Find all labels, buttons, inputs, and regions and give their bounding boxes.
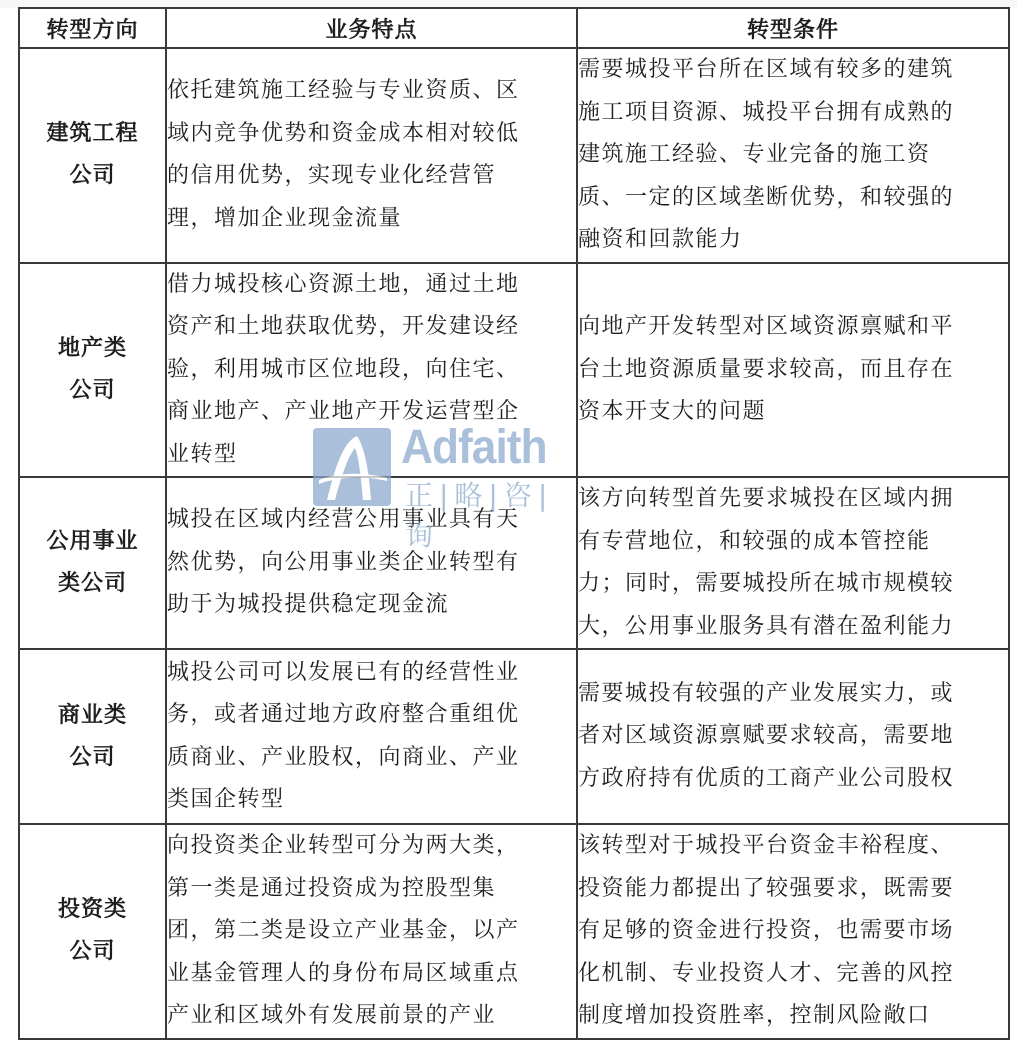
direction-line: 公用事业 bbox=[20, 521, 165, 563]
text-line: 需要城投平台所在区域有较多的建筑 bbox=[578, 49, 1008, 92]
text-line: 化机制、专业投资人才、完善的风控 bbox=[578, 953, 1008, 996]
direction-line: 投资类 bbox=[20, 889, 165, 931]
text-line: 向投资类企业转型可分为两大类， bbox=[167, 825, 576, 868]
text-line: 借力城投核心资源土地，通过土地 bbox=[167, 264, 576, 307]
table-row: 建筑工程 公司 依托建筑施工经验与专业资质、区 域内竞争优势和资金成本相对较低 … bbox=[19, 48, 1009, 263]
table-row: 地产类 公司 借力城投核心资源土地，通过土地 资产和土地获取优势，开发建设经 验… bbox=[19, 263, 1009, 478]
text-line: 施工项目资源、城投平台拥有成熟的 bbox=[578, 92, 1008, 135]
text-line: 然优势，向公用事业类企业转型有 bbox=[167, 542, 576, 585]
text-line: 资产和土地获取优势，开发建设经 bbox=[167, 306, 576, 349]
text-line: 融资和回款能力 bbox=[578, 219, 1008, 262]
transformation-table: 转型方向 业务特点 转型条件 建筑工程 公司 依托建筑施工经验与专业资质、区 域… bbox=[18, 7, 1010, 1040]
text-line: 该转型对于城投平台资金丰裕程度、 bbox=[578, 825, 1008, 868]
text-line: 第一类是通过投资成为控股型集 bbox=[167, 868, 576, 911]
text-line: 助于为城投提供稳定现金流 bbox=[167, 584, 576, 627]
direction-cell: 地产类 公司 bbox=[19, 263, 166, 478]
conditions-cell: 该转型对于城投平台资金丰裕程度、 投资能力都提出了较强要求，既需要 有足够的资金… bbox=[577, 824, 1009, 1039]
text-line: 向地产开发转型对区域资源禀赋和平 bbox=[578, 306, 1008, 349]
text-line: 资本开支大的问题 bbox=[578, 391, 1008, 434]
text-line: 制度增加投资胜率，控制风险敞口 bbox=[578, 995, 1008, 1038]
features-cell: 城投在区域内经营公用事业具有天 然优势，向公用事业类企业转型有 助于为城投提供稳… bbox=[166, 477, 577, 649]
text-line: 理，增加企业现金流量 bbox=[167, 198, 576, 241]
header-features: 业务特点 bbox=[166, 8, 577, 48]
text-line: 建筑施工经验、专业完备的施工资 bbox=[578, 134, 1008, 177]
table-row: 公用事业 类公司 城投在区域内经营公用事业具有天 然优势，向公用事业类企业转型有… bbox=[19, 477, 1009, 649]
text-line: 方政府持有优质的工商产业公司股权 bbox=[578, 758, 1008, 801]
features-cell: 向投资类企业转型可分为两大类， 第一类是通过投资成为控股型集 团，第二类是设立产… bbox=[166, 824, 577, 1039]
features-cell: 城投公司可以发展已有的经营性业 务，或者通过地方政府整合重组优 质商业、产业股权… bbox=[166, 649, 577, 824]
header-conditions: 转型条件 bbox=[577, 8, 1009, 48]
conditions-cell: 该方向转型首先要求城投在区域内拥 有专营地位，和较强的成本管控能 力；同时，需要… bbox=[577, 477, 1009, 649]
direction-line: 公司 bbox=[20, 155, 165, 197]
direction-line: 公司 bbox=[20, 737, 165, 779]
direction-cell: 投资类 公司 bbox=[19, 824, 166, 1039]
text-line: 团，第二类是设立产业基金，以产 bbox=[167, 910, 576, 953]
direction-line: 地产类 bbox=[20, 328, 165, 370]
direction-line: 公司 bbox=[20, 370, 165, 412]
table-row: 商业类 公司 城投公司可以发展已有的经营性业 务，或者通过地方政府整合重组优 质… bbox=[19, 649, 1009, 824]
text-line: 力；同时，需要城投所在城市规模较 bbox=[578, 563, 1008, 606]
text-line: 投资能力都提出了较强要求，既需要 bbox=[578, 868, 1008, 911]
header-row: 转型方向 业务特点 转型条件 bbox=[19, 8, 1009, 48]
text-line: 大，公用事业服务具有潜在盈利能力 bbox=[578, 606, 1008, 649]
text-line: 验，利用城市区位地段，向住宅、 bbox=[167, 349, 576, 392]
conditions-cell: 向地产开发转型对区域资源禀赋和平 台土地资源质量要求较高，而且存在 资本开支大的… bbox=[577, 263, 1009, 478]
text-line: 者对区域资源禀赋要求较高，需要地 bbox=[578, 715, 1008, 758]
header-direction: 转型方向 bbox=[19, 8, 166, 48]
conditions-cell: 需要城投平台所在区域有较多的建筑 施工项目资源、城投平台拥有成熟的 建筑施工经验… bbox=[577, 48, 1009, 263]
text-line: 该方向转型首先要求城投在区域内拥 bbox=[578, 478, 1008, 521]
features-cell: 依托建筑施工经验与专业资质、区 域内竞争优势和资金成本相对较低 的信用优势，实现… bbox=[166, 48, 577, 263]
text-line: 业基金管理人的身份布局区域重点 bbox=[167, 953, 576, 996]
text-line: 业转型 bbox=[167, 434, 576, 477]
text-line: 城投公司可以发展已有的经营性业 bbox=[167, 652, 576, 695]
direction-cell: 商业类 公司 bbox=[19, 649, 166, 824]
text-line: 产业和区域外有发展前景的产业 bbox=[167, 995, 576, 1038]
text-line: 务，或者通过地方政府整合重组优 bbox=[167, 694, 576, 737]
conditions-cell: 需要城投有较强的产业发展实力，或 者对区域资源禀赋要求较高，需要地 方政府持有优… bbox=[577, 649, 1009, 824]
features-cell: 借力城投核心资源土地，通过土地 资产和土地获取优势，开发建设经 验，利用城市区位… bbox=[166, 263, 577, 478]
text-line: 商业地产、产业地产开发运营型企 bbox=[167, 391, 576, 434]
text-line: 需要城投有较强的产业发展实力，或 bbox=[578, 673, 1008, 716]
direction-line: 商业类 bbox=[20, 695, 165, 737]
text-line: 有足够的资金进行投资，也需要市场 bbox=[578, 910, 1008, 953]
text-line: 质、一定的区域垄断优势，和较强的 bbox=[578, 177, 1008, 220]
direction-cell: 公用事业 类公司 bbox=[19, 477, 166, 649]
direction-line: 建筑工程 bbox=[20, 113, 165, 155]
text-line: 质商业、产业股权，向商业、产业 bbox=[167, 737, 576, 780]
direction-line: 公司 bbox=[20, 931, 165, 973]
direction-cell: 建筑工程 公司 bbox=[19, 48, 166, 263]
text-line: 的信用优势，实现专业化经营管 bbox=[167, 155, 576, 198]
direction-line: 类公司 bbox=[20, 563, 165, 605]
table-row: 投资类 公司 向投资类企业转型可分为两大类， 第一类是通过投资成为控股型集 团，… bbox=[19, 824, 1009, 1039]
text-line: 城投在区域内经营公用事业具有天 bbox=[167, 499, 576, 542]
text-line: 有专营地位，和较强的成本管控能 bbox=[578, 521, 1008, 564]
text-line: 依托建筑施工经验与专业资质、区 bbox=[167, 70, 576, 113]
text-line: 台土地资源质量要求较高，而且存在 bbox=[578, 349, 1008, 392]
text-line: 域内竞争优势和资金成本相对较低 bbox=[167, 113, 576, 156]
text-line: 类国企转型 bbox=[167, 779, 576, 822]
